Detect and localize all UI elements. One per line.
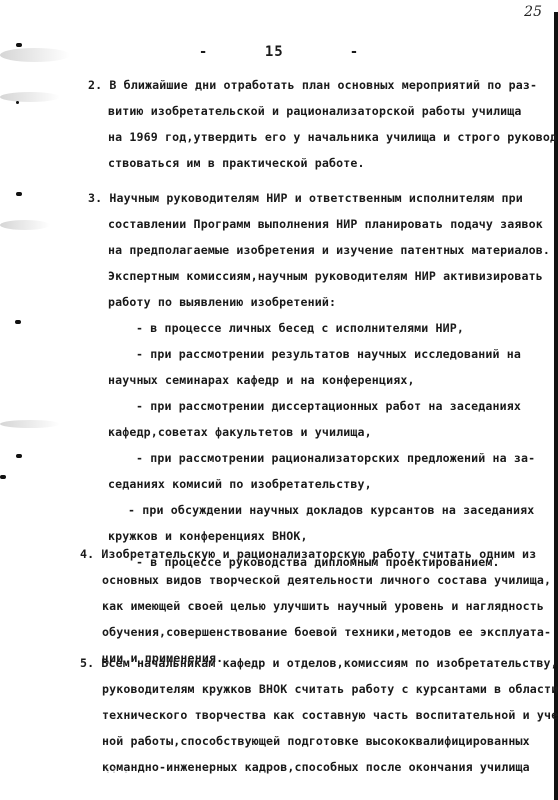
text-line: 3. Научным руководителям НИР и ответстве… [88,191,523,205]
text-line: командно-инженерных кадров,способных пос… [102,760,530,774]
punch-mark [16,454,22,458]
page-number-dash-left: - [199,44,208,60]
text-line: обучения,совершенствование боевой техник… [102,625,551,639]
text-line: составлении Программ выполнения НИР план… [108,217,543,231]
text-line: на 1969 год,утвердить его у начальника у… [108,130,558,144]
punch-mark [16,192,22,196]
text-line: основных видов творческой деятельности л… [102,573,551,587]
text-line: научных семинарах кафедр и на конференци… [108,373,415,387]
scan-smudge [0,420,60,428]
text-line: ной работы,способствующей подготовке выс… [102,734,530,748]
text-line: - при рассмотрении результатов научных и… [136,347,521,361]
text-line: 5. Всем начальникам кафедр и отделов,ком… [80,656,558,670]
text-line: - в процессе личных бесед с исполнителям… [136,321,464,335]
page-number-dash-right: - [350,44,359,60]
text-line: - при обсуждении научных докладов курсан… [128,503,534,517]
punch-mark [16,101,19,104]
text-line: кружков и конференциях ВНОК, [108,529,308,543]
punch-mark [15,320,21,324]
text-line: Экспертным комиссиям,научным руководител… [108,269,543,283]
text-line: как имеющей своей целью улучшить научный… [102,599,544,613]
text-line: руководителям кружков ВНОК считать работ… [102,682,558,696]
page-number-value: 15 [265,44,284,60]
punch-mark [0,475,6,479]
text-line: - при рассмотрении рационализаторских пр… [136,451,535,465]
scan-smudge [0,92,60,102]
text-line: технического творчества как составную ча… [102,708,558,722]
scan-artifact: :: : [105,765,129,776]
text-line: седаниях комисий по изобретательству, [108,477,372,491]
text-line: - при рассмотрении диссертационных работ… [136,399,521,413]
text-line: 2. В ближайшие дни отработать план основ… [88,78,537,92]
text-line: кафедр,советах факультетов и училища, [108,425,372,439]
text-line: витию изобретательской и рационализаторс… [108,104,522,118]
scan-smudge [0,220,50,230]
text-line: на предполагаемые изобретения и изучение… [108,243,550,257]
text-line: ствоваться им в практической работе. [108,156,365,170]
page-number: - 15 - [0,44,558,60]
text-line: работу по выявлению изобретений: [108,295,336,309]
archive-sheet-number: 25 [524,4,542,20]
text-line: 4. Изобретательскую и рационализаторскую… [80,547,536,561]
